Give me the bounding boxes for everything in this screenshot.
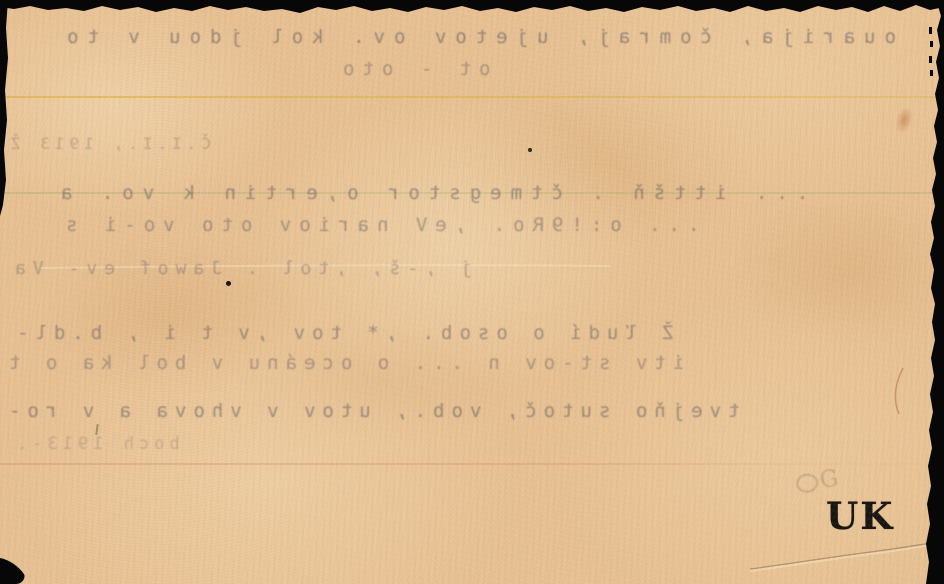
- crease-bottom-right: [750, 541, 944, 569]
- ink-dot: [528, 148, 532, 152]
- typewriter-line: ouarija, čomraj, ujetov ov. kol jdou v t…: [58, 26, 896, 48]
- ring-letter: G: [818, 465, 840, 493]
- scan-edge-left: [0, 0, 8, 216]
- yellow-guide-line: [0, 96, 944, 98]
- fiber-mark: [895, 368, 903, 414]
- typewriter-line: j ,-š, ,tol . Jawof ev- Va: [8, 258, 472, 279]
- typewriter-line: ... o:!9Ro. ,eV nariov oto vo-i s: [58, 214, 700, 236]
- typewriter-line: Ž ľudí o osob. ,* tov ,v t i , b.dl-: [10, 322, 674, 344]
- typewriter-line: itv st-ov n ... o oceánu v bol ka o t: [2, 352, 684, 374]
- scan-corner-bottom-left: [0, 558, 25, 584]
- rust-stain: [892, 104, 916, 136]
- scan-edge-right: [926, 0, 944, 584]
- index-card-scan: ouarija, čomraj, ujetov ov. kol jdou v t…: [0, 0, 944, 584]
- typewriter-line: boch 1913-.: [12, 434, 180, 454]
- crease-highlight: [750, 543, 944, 571]
- pink-guide-line: [0, 463, 944, 465]
- typewriter-line: Č.I.I., 1913 Ž: [6, 134, 211, 153]
- ink-dot: [226, 281, 231, 286]
- scan-edge-top: [0, 0, 944, 13]
- typewriter-line: tvejňo sutoč, vob., utov v vhova a v ro-: [2, 400, 740, 422]
- uk-stamp: UK: [826, 498, 894, 535]
- circle-mark: [795, 472, 819, 494]
- perforation-dashes: [929, 27, 933, 76]
- typewriter-line: ... ittšň . čtmegstor o,ertin k vo. a: [52, 182, 808, 204]
- typewriter-line: ot - oto: [335, 58, 491, 80]
